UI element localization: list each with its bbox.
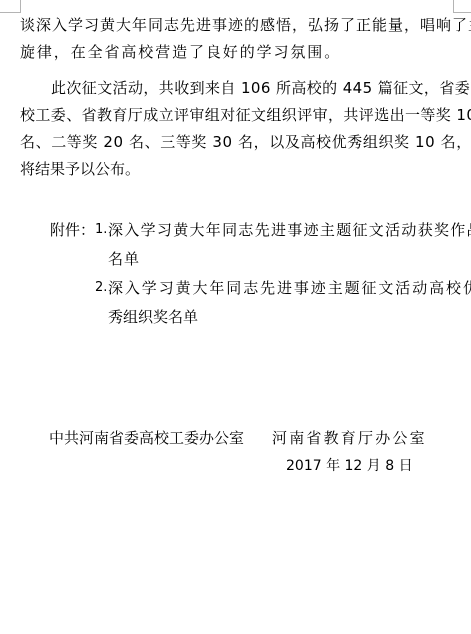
attachment-1-title: 深入学习黄大年同志先进事迹主题征文活动获奖作品 [108,222,471,238]
signature-org-1: 中共河南省委高校工委办公室 [49,430,244,446]
result-line-3: 名、二等奖 20 名、三等奖 30 名，以及高校优秀组织奖 10 名，现 [20,134,471,150]
attachments-label: 附件： [50,222,95,238]
attachment-1-title-cont: 名单 [108,251,140,267]
attachment-2-title-cont: 秀组织奖名单 [108,309,198,325]
attachment-1-number: 1. [95,222,107,238]
intro-line-2: 旋律，在全省高校营造了良好的学习氛围。 [20,44,341,60]
attachment-2-number: 2. [95,280,107,296]
result-line-2: 校工委、省教育厅成立评审组对征文组织评审，共评选出一等奖 10 [20,107,471,123]
margin-corner-mark-right [453,0,471,13]
intro-line-1: 谈深入学习黄大年同志先进事迹的感悟，弘扬了正能量，唱响了主 [20,17,471,33]
document-page: 谈深入学习黄大年同志先进事迹的感悟，弘扬了正能量，唱响了主 旋律，在全省高校营造… [0,0,471,634]
attachment-2-title: 深入学习黄大年同志先进事迹主题征文活动高校优 [108,280,471,296]
signature-date: 2017 年 12 月 8 日 [286,458,413,474]
signature-org-2: 河南省教育厅办公室 [272,430,427,446]
result-line-1: 此次征文活动，共收到来自 106 所高校的 445 篇征文，省委高 [51,80,471,96]
result-line-4: 将结果予以公布。 [20,161,140,177]
margin-corner-mark-left [0,0,21,13]
